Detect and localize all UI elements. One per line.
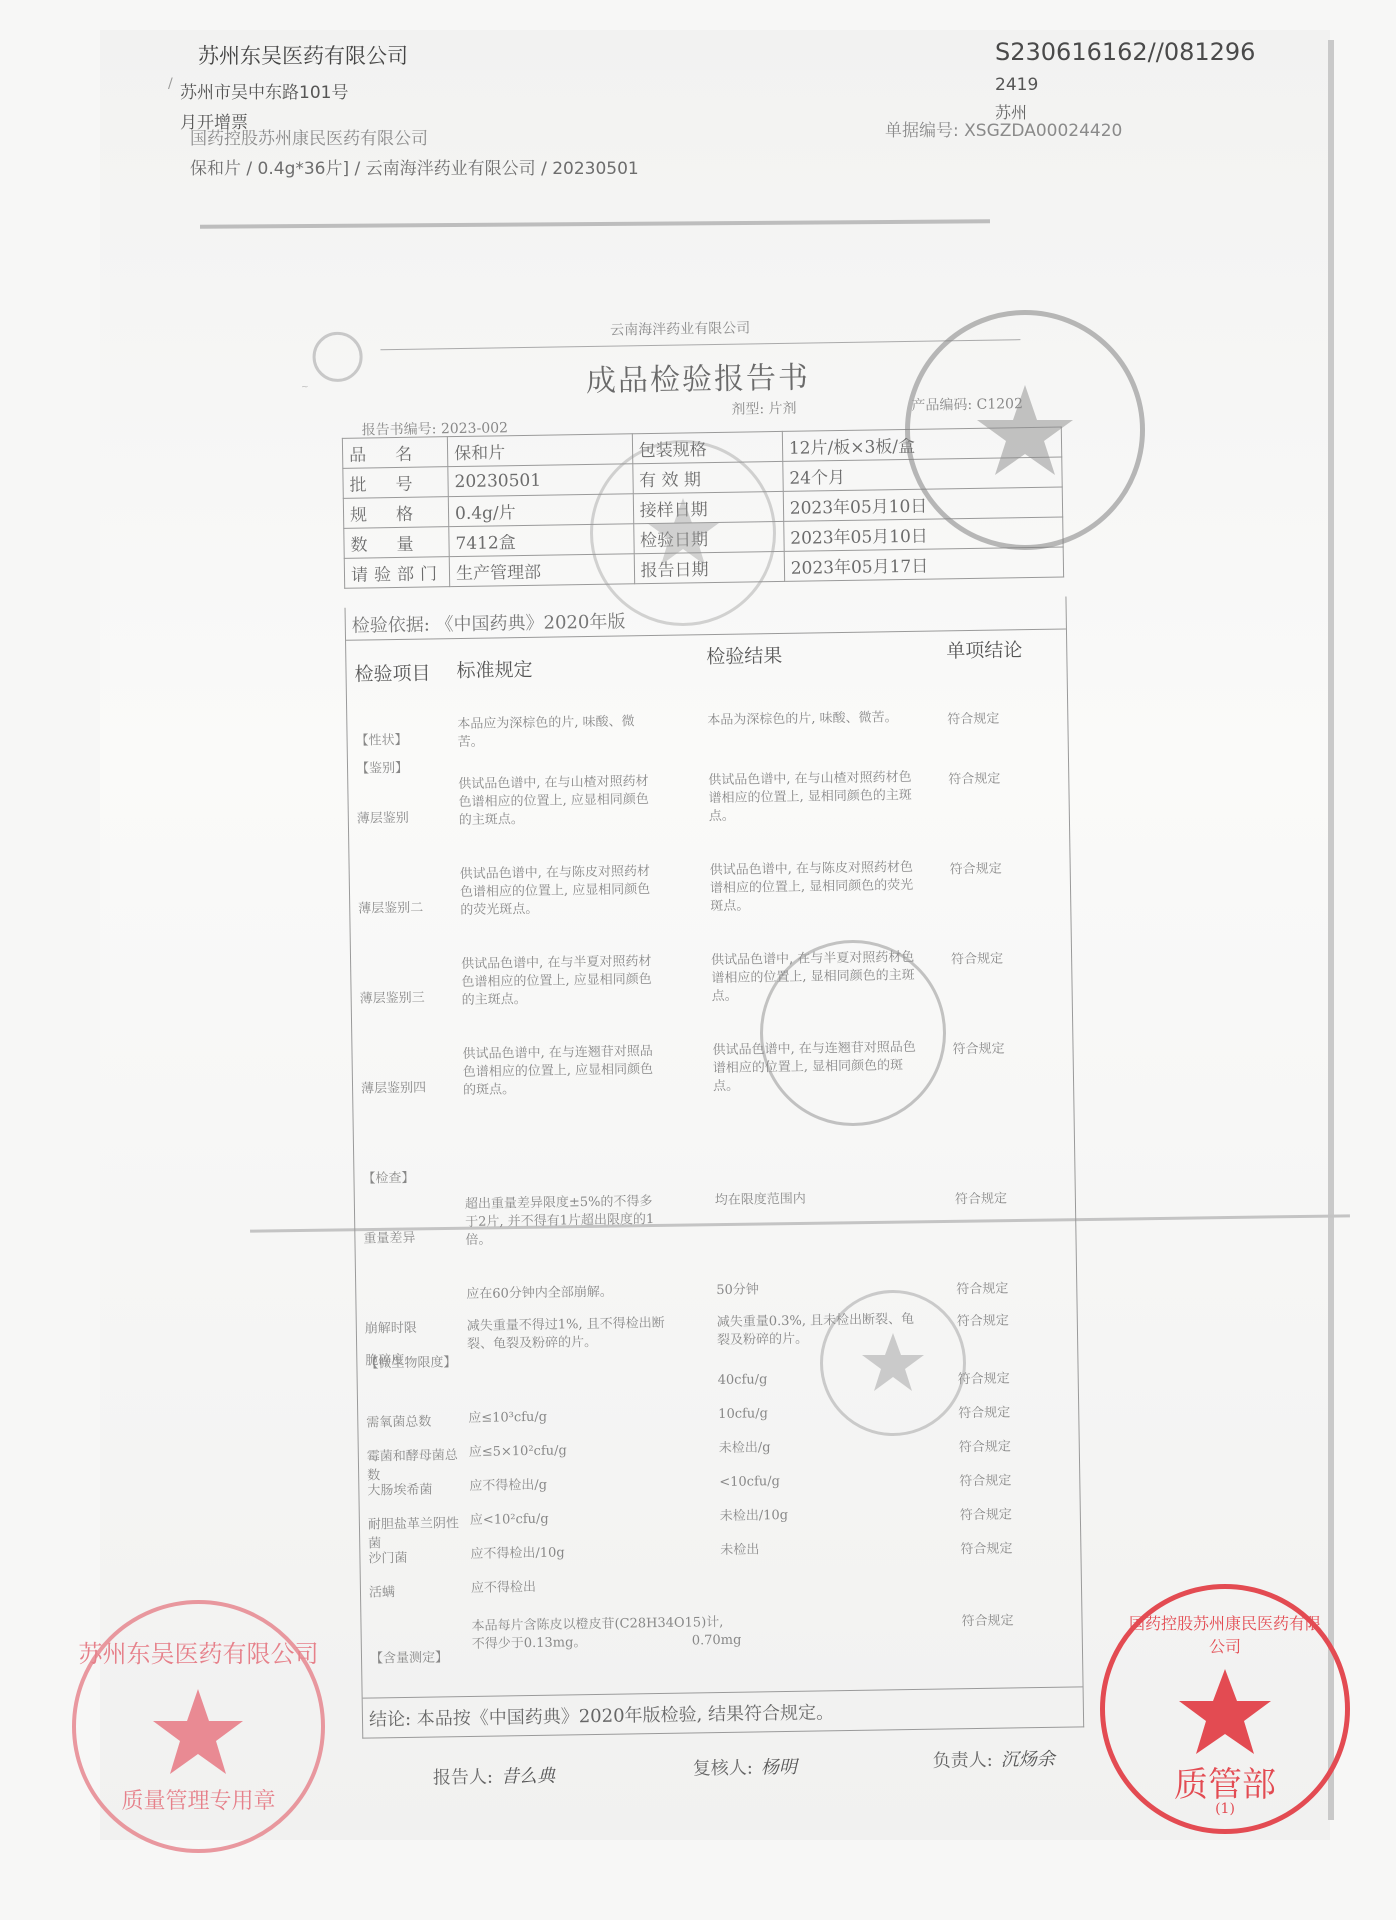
row-conclusion: 符合规定	[951, 948, 1003, 968]
assay-row: 本品每片含陈皮以橙皮苷(C28H34O15)计, 不得少于0.13mg。 0.7…	[361, 1608, 1081, 1619]
responsible: 负责人:沉炀余	[932, 1745, 1054, 1773]
table-row: 脆碎度减失重量不得过1%, 且不得检出断裂、龟裂及粉碎的片。减失重量0.3%, …	[357, 1308, 1077, 1319]
logo-caption: ~	[301, 382, 309, 392]
row-result: 本品为深棕色的片, 味酸、微苦。	[707, 709, 917, 730]
row-standard: 本品应为深棕色的片, 味酸、微苦。	[457, 713, 658, 752]
section-inspection: 【检查】	[362, 1167, 414, 1187]
row-standard: 供试品色谱中, 在与陈皮对照药材色谱相应的位置上, 应显相同颜色的荧光斑点。	[460, 863, 661, 920]
col-standard: 标准规定	[456, 655, 532, 683]
micro-standard: 应<10²cfu/g	[470, 1509, 670, 1530]
row-conclusion: 符合规定	[956, 1277, 1008, 1297]
seal-inner-text: 质量管理专用章	[121, 1784, 275, 1815]
section-assay: 【含量测定】	[370, 1646, 448, 1666]
micro-conclusion: 符合规定	[960, 1537, 1012, 1557]
row-standard: 减失重量不得过1%, 且不得检出断裂、龟裂及粉碎的片。	[467, 1315, 668, 1354]
micro-standard: 应≤5×10²cfu/g	[469, 1441, 669, 1462]
info-value: 2023年05月17日	[784, 547, 1064, 581]
row-conclusion: 符合规定	[955, 1187, 1007, 1207]
micro-row: 活螨应不得检出	[361, 1570, 1081, 1581]
tracking-code: S230616162//081296	[995, 38, 1255, 66]
section-appearance: 【性状】	[355, 729, 407, 749]
micro-standard: 应不得检出/g	[469, 1475, 669, 1496]
micro-standard	[468, 1373, 668, 1376]
micro-row: 40cfu/g符合规定	[358, 1366, 1078, 1377]
test-basis: 检验依据: 《中国药典》2020年版	[352, 607, 626, 637]
tracking-code-2: 2419	[995, 75, 1038, 95]
product-line: 保和片 / 0.4g*36片] / 云南海泮药业有限公司 / 20230501	[190, 154, 639, 179]
micro-conclusion: 符合规定	[959, 1469, 1011, 1489]
table-row: 重量差异超出重量差异限度±5%的不得多于2片, 并不得有1片超出限度的1倍。均在…	[355, 1186, 1075, 1197]
reviewer: 复核人:杨明	[693, 1753, 797, 1781]
gray-inspection-seal	[590, 440, 776, 626]
dosage-form: 剂型: 片剂	[731, 398, 796, 419]
row-standard: 应在60分钟内全部崩解。	[466, 1283, 666, 1304]
micro-result: <10cfu/g	[719, 1471, 929, 1492]
seal-inner-text: 质管部	[1174, 1757, 1276, 1806]
row-result: 供试品色谱中, 在与陈皮对照药材色谱相应的位置上, 显相同颜色的荧光斑点。	[710, 859, 921, 916]
micro-conclusion: 符合规定	[958, 1401, 1010, 1421]
table-row: 崩解时限应在60分钟内全部崩解。50分钟符合规定	[356, 1276, 1076, 1287]
assay-result: 0.70mg	[692, 1629, 902, 1650]
pen-mark: /	[168, 76, 173, 92]
paper-edge-shadow	[1328, 40, 1334, 1820]
row-item: 薄层鉴别四	[361, 1077, 426, 1097]
row-item: 薄层鉴别三	[359, 987, 424, 1007]
star-icon	[862, 1333, 924, 1391]
row-conclusion: 符合规定	[957, 1309, 1009, 1329]
reporter: 报告人:昔么典	[433, 1762, 555, 1790]
micro-item: 需氧菌总数	[366, 1410, 466, 1431]
reviewer-label: 复核人:	[693, 1758, 753, 1780]
micro-standard: 应不得检出	[471, 1577, 671, 1598]
seal-outer-text: 国药控股苏州康民医药有限公司	[1125, 1611, 1325, 1657]
responsible-label: 负责人:	[933, 1750, 993, 1772]
gray-company-seal	[905, 310, 1145, 550]
gray-manufacturer-seal	[820, 1290, 966, 1436]
reporter-label: 报告人:	[433, 1767, 493, 1789]
table-row: 薄层鉴别三供试品色谱中, 在与半夏对照药材色谱相应的位置上, 应显相同颜色的主斑…	[351, 946, 1071, 957]
divider	[363, 1686, 1083, 1698]
section-identification: 【鉴别】	[356, 757, 408, 777]
micro-item: 沙门菌	[368, 1546, 468, 1567]
table-row: 薄层鉴别供试品色谱中, 在与山楂对照药材色谱相应的位置上, 应显相同颜色的主斑点…	[348, 766, 1068, 777]
col-result: 检验结果	[706, 641, 782, 669]
row-standard: 供试品色谱中, 在与半夏对照药材色谱相应的位置上, 应显相同颜色的主斑点。	[461, 953, 662, 1010]
doc-no-label: 单据编号:	[885, 121, 959, 141]
row-item: 薄层鉴别	[357, 807, 409, 827]
row-item: 重量差异	[363, 1227, 415, 1247]
row-item: 崩解时限	[365, 1317, 417, 1337]
row-result: 供试品色谱中, 在与山楂对照药材色谱相应的位置上, 显相同颜色的主斑点。	[708, 769, 919, 826]
reviewer-signature: 杨明	[761, 1757, 797, 1779]
row-standard: 超出重量差异限度±5%的不得多于2片, 并不得有1片超出限度的1倍。	[465, 1193, 666, 1250]
reporter-signature: 昔么典	[501, 1766, 555, 1788]
info-label: 数 量	[344, 527, 449, 559]
micro-standard: 应≤10³cfu/g	[468, 1407, 668, 1428]
row-standard: 供试品色谱中, 在与山楂对照药材色谱相应的位置上, 应显相同颜色的主斑点。	[458, 773, 659, 830]
results-table: 检验依据: 《中国药典》2020年版 检验项目 标准规定 检验结果 单项结论 【…	[345, 596, 1085, 1738]
report-company: 云南海泮药业有限公司	[610, 317, 750, 339]
info-label: 批 号	[343, 467, 448, 499]
row-conclusion: 符合规定	[952, 1037, 1004, 1057]
seal-outer-text: 苏州东吴医药有限公司	[79, 1634, 319, 1669]
row-standard: 供试品色谱中, 在与连翘苷对照品色谱相应的位置上, 应显相同颜色的斑点。	[462, 1043, 663, 1100]
star-icon	[1179, 1669, 1271, 1754]
responsible-signature: 沉炀余	[1001, 1749, 1055, 1771]
micro-standard: 应不得检出/10g	[470, 1543, 670, 1564]
row-result: 均在限度范围内	[715, 1189, 925, 1210]
micro-row: 耐胆盐革兰阴性菌应<10²cfu/g未检出/10g符合规定	[360, 1502, 1080, 1513]
micro-conclusion: 符合规定	[959, 1435, 1011, 1455]
micro-result: 未检出/g	[719, 1437, 929, 1458]
micro-row: 需氧菌总数应≤10³cfu/g10cfu/g符合规定	[358, 1400, 1078, 1411]
red-seal-kangmin: 国药控股苏州康民医药有限公司 质管部 (1)	[1100, 1584, 1350, 1834]
info-label: 品 名	[342, 437, 447, 469]
micro-item: 大肠埃希菌	[367, 1478, 467, 1499]
table-row: 薄层鉴别四供试品色谱中, 在与连翘苷对照品色谱相应的位置上, 应显相同颜色的斑点…	[352, 1036, 1072, 1047]
micro-conclusion: 符合规定	[960, 1503, 1012, 1523]
micro-result: 未检出	[720, 1539, 930, 1560]
col-item: 检验项目	[354, 658, 430, 686]
buyer-company: 国药控股苏州康民医药有限公司	[190, 124, 428, 149]
seal-number: (1)	[1215, 1801, 1235, 1817]
row-item: 薄层鉴别二	[358, 897, 423, 917]
row-conclusion: 符合规定	[950, 858, 1002, 878]
micro-row: 大肠埃希菌应不得检出/g<10cfu/g符合规定	[359, 1468, 1079, 1479]
assay-conclusion: 符合规定	[961, 1609, 1013, 1629]
table-row: 薄层鉴别二供试品色谱中, 在与陈皮对照药材色谱相应的位置上, 应显相同颜色的荧光…	[350, 856, 1070, 867]
micro-item	[366, 1376, 466, 1378]
supplier-address: 苏州市吴中东路101号	[180, 78, 348, 103]
row-conclusion: 符合规定	[948, 768, 1000, 788]
doc-no-value: XSGZDA00024420	[964, 121, 1122, 141]
star-icon	[977, 385, 1073, 475]
star-icon	[153, 1689, 243, 1774]
row-conclusion: 符合规定	[947, 708, 999, 728]
red-seal-dongwu: 苏州东吴医药有限公司 质量管理专用章	[72, 1600, 325, 1853]
micro-result	[721, 1573, 931, 1576]
final-conclusion: 结论: 本品按《中国药典》2020年版检验, 结果符合规定。	[369, 1698, 834, 1731]
info-label: 规 格	[343, 497, 448, 529]
row-item: 脆碎度	[365, 1349, 404, 1369]
micro-row: 沙门菌应不得检出/10g未检出符合规定	[360, 1536, 1080, 1547]
gray-quality-dept-seal	[760, 940, 946, 1126]
report-title: 成品检验报告书	[586, 352, 811, 400]
table-row: 本品应为深棕色的片, 味酸、微苦。本品为深棕色的片, 味酸、微苦。符合规定	[347, 706, 1067, 717]
micro-row: 霉菌和酵母菌总数应≤5×10²cfu/g未检出/g符合规定	[359, 1434, 1079, 1445]
micro-result: 未检出/10g	[720, 1505, 930, 1526]
document-number: 单据编号: XSGZDA00024420	[885, 116, 1122, 141]
info-label: 请验部门	[344, 557, 449, 589]
col-conclusion: 单项结论	[946, 635, 1022, 663]
supplier-company: 苏州东吴医药有限公司	[198, 40, 408, 70]
micro-item: 活螨	[369, 1580, 469, 1601]
star-icon	[647, 498, 719, 565]
